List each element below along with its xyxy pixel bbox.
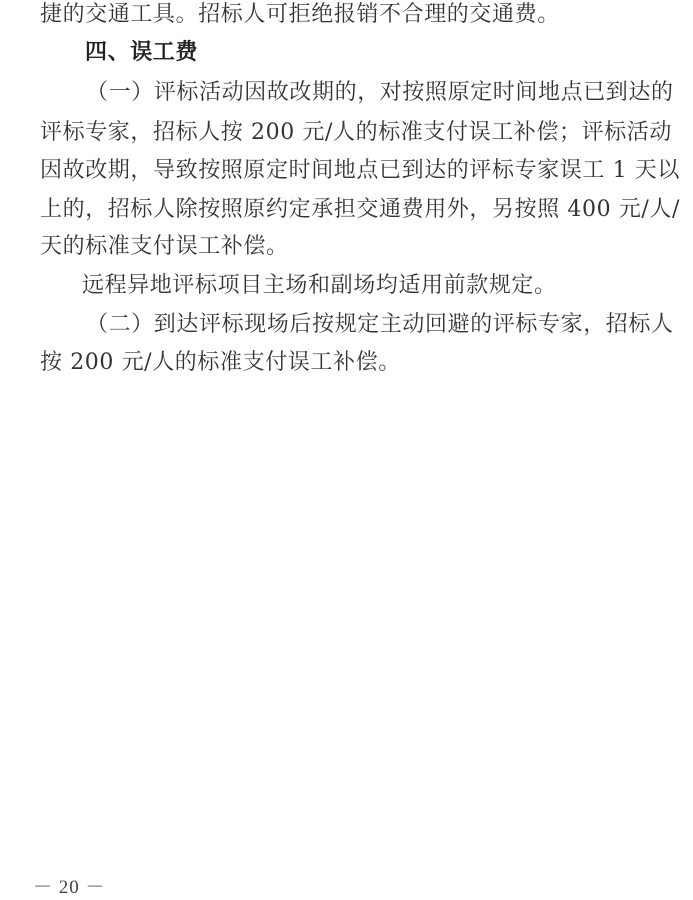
paragraph-remote-evaluation: 远程异地评标项目主场和副场均适用前款规定。 (82, 271, 557, 301)
paragraph-1-line-2: 评标专家，招标人按 200 元/人的标准支付误工补偿；评标活动 (40, 118, 618, 148)
paragraph-1-line-5: 天的标准支付误工补偿。 (40, 232, 289, 262)
paragraph-2-line-2: 按 200 元/人的标准支付误工补偿。 (40, 348, 401, 378)
section-heading-lost-work-fee: 四、误工费 (85, 38, 198, 68)
paragraph-1-line-3: 因故改期，导致按照原定时间地点已到达的评标专家误工 1 天以 (40, 156, 618, 186)
paragraph-2-line-1: （二）到达评标现场后按规定主动回避的评标专家，招标人 (86, 310, 674, 340)
paragraph-line-transport-end: 捷的交通工具。招标人可拒绝报销不合理的交通费。 (40, 0, 560, 30)
page-number: － 20 － (33, 872, 106, 899)
paragraph-1-line-1: （一）评标活动因故改期的，对按照原定时间地点已到达的 (86, 78, 674, 108)
paragraph-1-line-4: 上的，招标人除按照原约定承担交通费用外，另按照 400 元/人/ (40, 195, 618, 225)
